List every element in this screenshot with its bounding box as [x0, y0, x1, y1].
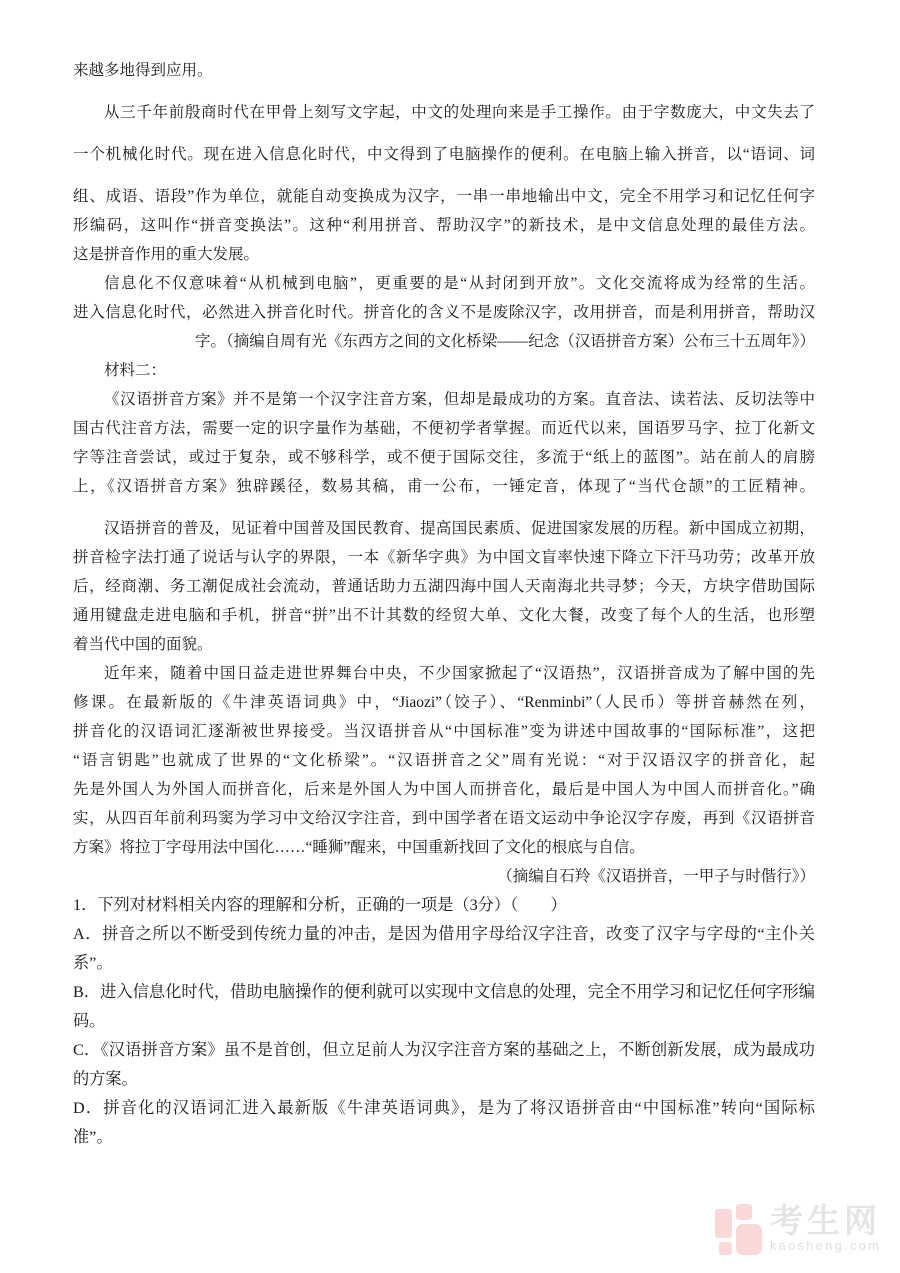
text-line: 修课。在最新版的《牛津英语词典》中，“Jiaozi”（饺子）、“Renminbi… — [73, 688, 815, 717]
text-line: 的方案。 — [73, 1065, 815, 1094]
text-line: 系”。 — [73, 949, 815, 978]
text-line: 拼音检字法打通了说话与认字的界限，一本《新华字典》为中国文盲率快速下降立下汗马功… — [73, 543, 815, 572]
text-line: （摘编自石羚《汉语拼音，一甲子与时偕行》） — [73, 862, 815, 891]
document-body: 来越多地得到应用。从三千年前殷商时代在甲骨上刻写文字起，中文的处理向来是手工操作… — [73, 56, 815, 1152]
text-line: 字。（摘编自周有光《东西方之间的文化桥梁——纪念（汉语拼音方案）公布三十五周年》… — [73, 327, 815, 356]
text-line: 后，经商潮、务工潮促成社会流动，普通话助力五湖四海中国人天南海北共寻梦；今天，方… — [73, 572, 815, 601]
text-line: 码。 — [73, 1007, 815, 1036]
text-line: 方案》将拉丁字母用法中国化……“睡狮”醒来，中国重新找回了文化的根底与自信。 — [73, 833, 815, 862]
text-line: 上，《汉语拼音方案》独辟蹊径，数易其稿，甫一公布，一锤定音，体现了“当代仓颉”的… — [73, 472, 815, 501]
text-line: 字等注音尝试，或过于复杂，或不够科学，或不便于国际交往，多流于“纸上的蓝图”。站… — [73, 443, 815, 472]
text-line: 《汉语拼音方案》并不是第一个汉字注音方案，但却是最成功的方案。直音法、读若法、反… — [73, 385, 815, 414]
text-line: 准”。 — [73, 1123, 815, 1152]
text-line: 汉语拼音的普及，见证着中国普及国民教育、提高国民素质、促进国家发展的历程。新中国… — [73, 514, 815, 543]
text-line: D．拼音化的汉语词汇进入最新版《牛津英语词典》，是为了将汉语拼音由“中国标准”转… — [73, 1094, 815, 1123]
text-line: 着当代中国的面貌。 — [73, 630, 815, 659]
text-line: 一个机械化时代。现在进入信息化时代，中文得到了电脑操作的便利。在电脑上输入拼音，… — [73, 140, 815, 169]
text-line: A．拼音之所以不断受到传统力量的冲击，是因为借用字母给汉字注音，改变了汉字与字母… — [73, 920, 815, 949]
watermark-text: 考生网 kaosheng.com — [770, 1204, 881, 1253]
text-line: 材料二： — [73, 356, 815, 385]
text-line: B．进入信息化时代，借助电脑操作的便利就可以实现中文信息的处理，完全不用学习和记… — [73, 978, 815, 1007]
text-line: 从三千年前殷商时代在甲骨上刻写文字起，中文的处理向来是手工操作。由于字数庞大，中… — [73, 98, 815, 127]
kaosheng-logo-icon — [715, 1204, 763, 1256]
text-line: 近年来，随着中国日益走进世界舞台中央，不少国家掀起了“汉语热”，汉语拼音成为了解… — [73, 659, 815, 688]
text-line: 1．下列对材料相关内容的理解和分析，正确的一项是（3分）（ ） — [73, 891, 815, 920]
text-line: 组、成语、语段”作为单位，就能自动变换成为汉字，一串一串地输出中文，完全不用学习… — [73, 182, 815, 211]
document-page: 来越多地得到应用。从三千年前殷商时代在甲骨上刻写文字起，中文的处理向来是手工操作… — [0, 0, 900, 1273]
text-line: 国古代注音方法，需要一定的识字量作为基础，不便初学者掌握。而近代以来，国语罗马字… — [73, 414, 815, 443]
watermark-domain: kaosheng.com — [770, 1239, 881, 1253]
text-line: 这是拼音作用的重大发展。 — [73, 240, 815, 269]
text-line: C．《汉语拼音方案》虽不是首创，但立足前人为汉字注音方案的基础之上，不断创新发展… — [73, 1036, 815, 1065]
text-line: “语言钥匙”也就成了世界的“文化桥梁”。“汉语拼音之父”周有光说：“对于汉语汉字… — [73, 746, 815, 775]
text-line: 信息化不仅意味着“从机械到电脑”，更重要的是“从封闭到开放”。文化交流将成为经常… — [73, 269, 815, 298]
kaosheng-watermark: 考生网 kaosheng.com — [715, 1204, 881, 1256]
text-line: 拼音化的汉语词汇逐渐被世界接受。当汉语拼音从“中国标准”变为讲述中国故事的“国际… — [73, 717, 815, 746]
text-line: 进入信息化时代，必然进入拼音化时代。拼音化的含义不是废除汉字，改用拼音，而是利用… — [73, 298, 815, 327]
watermark-brand: 考生网 — [770, 1204, 881, 1238]
text-line: 先是外国人为外国人而拼音化，后来是外国人为中国人而拼音化，最后是中国人为中国人而… — [73, 775, 815, 804]
text-line: 来越多地得到应用。 — [73, 56, 815, 85]
text-line: 形编码，这叫作“拼音变换法”。这种“利用拼音、帮助汉字”的新技术，是中文信息处理… — [73, 211, 815, 240]
text-line: 实，从四百年前利玛窦为学习中文给汉字注音，到中国学者在语文运动中争论汉字存废，再… — [73, 804, 815, 833]
text-line: 通用键盘走进电脑和手机，拼音“拼”出不计其数的经贸大单、文化大餐，改变了每个人的… — [73, 601, 815, 630]
